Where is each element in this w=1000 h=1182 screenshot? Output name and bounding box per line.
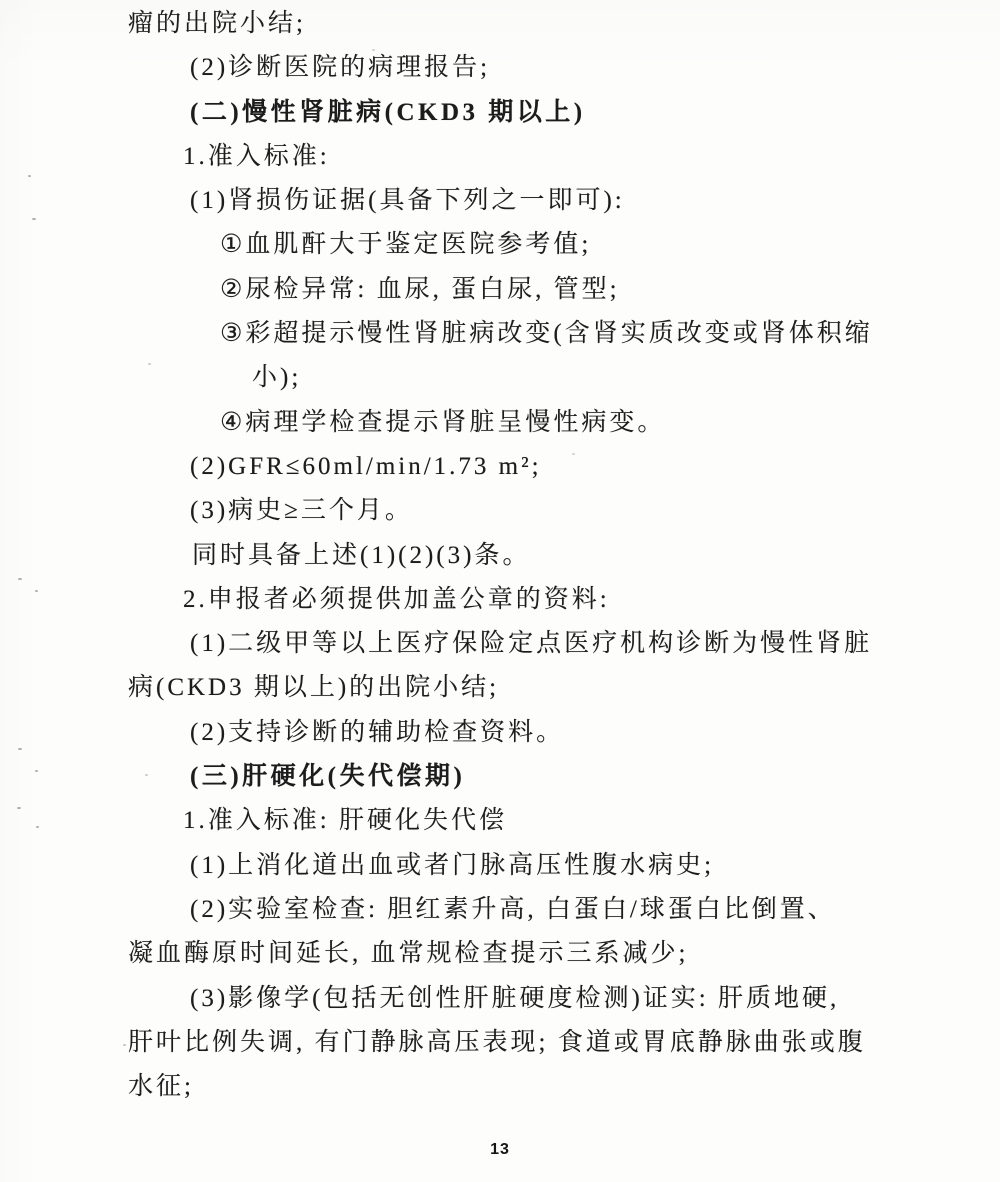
page-number: 13 xyxy=(0,1141,1000,1159)
document-text-block: 瘤的出院小结; (2)诊断医院的病理报告; (二)慢性肾脏病(CKD3 期以上)… xyxy=(128,2,958,1109)
scan-speck xyxy=(35,590,38,592)
scan-speck xyxy=(35,770,38,772)
scan-speck xyxy=(123,1044,126,1046)
scan-speck xyxy=(572,453,575,455)
section-heading-cirrhosis: (三)肝硬化(失代偿期) xyxy=(128,755,958,799)
text-line: (2)GFR≤60ml/min/1.73 m²; xyxy=(128,445,958,489)
text-line: ②尿检异常: 血尿, 蛋白尿, 管型; xyxy=(128,268,958,312)
scan-speck xyxy=(148,363,151,365)
text-line: (1)肾损伤证据(具备下列之一即可): xyxy=(128,179,958,223)
text-line: 水征; xyxy=(128,1065,958,1109)
text-line: (2)诊断医院的病理报告; xyxy=(128,46,958,90)
text-line: 同时具备上述(1)(2)(3)条。 xyxy=(128,534,958,578)
text-line: 肝叶比例失调, 有门静脉高压表现; 食道或胃底静脉曲张或腹 xyxy=(128,1021,958,1065)
text-line: (2)实验室检查: 胆红素升高, 白蛋白/球蛋白比倒置、 xyxy=(128,888,958,932)
text-line: (1)上消化道出血或者门脉高压性腹水病史; xyxy=(128,844,958,888)
scan-speck xyxy=(17,807,21,809)
text-line: 凝血酶原时间延长, 血常规检查提示三系减少; xyxy=(128,932,958,976)
text-line: ③彩超提示慢性肾脏病改变(含肾实质改变或肾体积缩 xyxy=(128,312,958,356)
text-line: ④病理学检查提示肾脏呈慢性病变。 xyxy=(128,401,958,445)
scan-speck xyxy=(18,578,22,580)
scan-speck xyxy=(145,774,148,776)
text-line: 1.准入标准: xyxy=(128,135,958,179)
text-line: 1.准入标准: 肝硬化失代偿 xyxy=(128,799,958,843)
scan-speck xyxy=(372,49,375,51)
text-line: (1)二级甲等以上医疗保险定点医疗机构诊断为慢性肾脏 xyxy=(128,622,958,666)
scan-speck xyxy=(28,175,31,177)
section-heading-ckd: (二)慢性肾脏病(CKD3 期以上) xyxy=(128,91,958,135)
text-line: (3)影像学(包括无创性肝脏硬度检测)证实: 肝质地硬, xyxy=(128,977,958,1021)
text-line: 2.申报者必须提供加盖公章的资料: xyxy=(128,578,958,622)
text-line: 瘤的出院小结; xyxy=(128,2,958,46)
text-line: ①血肌酐大于鉴定医院参考值; xyxy=(128,223,958,267)
scan-speck xyxy=(18,748,22,750)
text-line: 小); xyxy=(128,356,958,400)
scanned-document-page: 瘤的出院小结; (2)诊断医院的病理报告; (二)慢性肾脏病(CKD3 期以上)… xyxy=(0,0,1000,1182)
scan-speck xyxy=(32,218,36,220)
text-line: 病(CKD3 期以上)的出院小结; xyxy=(128,666,958,710)
scan-speck xyxy=(36,826,39,828)
text-line: (2)支持诊断的辅助检查资料。 xyxy=(128,711,958,755)
text-line: (3)病史≥三个月。 xyxy=(128,489,958,533)
